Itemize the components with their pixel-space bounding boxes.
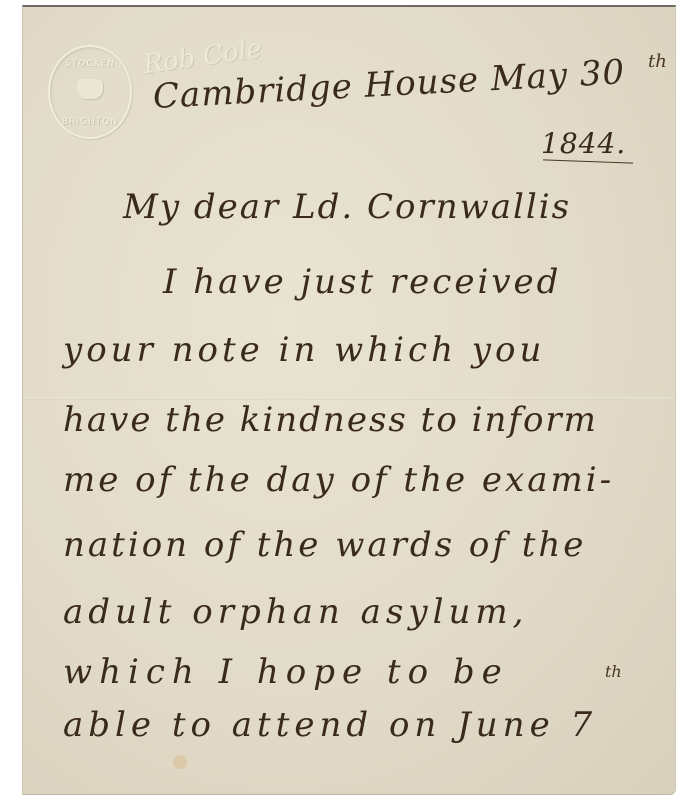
body-line-4: me of the day of the exami-	[63, 460, 614, 500]
body-line-3: have the kindness to inform	[63, 400, 598, 440]
letter-paper: STOCKEN BRIGHTON Rob Cole Cambridge Hous…	[22, 5, 676, 795]
body-line-1: I have just received	[163, 262, 561, 302]
body-line-8: able to attend on June 7	[63, 705, 597, 745]
crown-icon	[77, 79, 103, 99]
body-line-5: nation of the wards of the	[63, 525, 586, 565]
year-underline	[543, 159, 633, 163]
body-line-2: your note in which you	[63, 330, 545, 370]
body-line-6: adult orphan asylum,	[63, 592, 528, 632]
heading-year: 1844.	[541, 127, 626, 160]
seal-bottom-text: BRIGHTON	[50, 117, 130, 127]
paper-stain	[173, 755, 187, 769]
salutation: My dear Ld. Cornwallis	[123, 187, 571, 227]
seal-top-text: STOCKEN	[50, 59, 130, 69]
body-line-7: which I hope to be	[63, 652, 509, 692]
embossed-seal: STOCKEN BRIGHTON	[48, 45, 132, 139]
body-line-7-suffix: th	[605, 662, 622, 681]
heading-date-suffix: th	[648, 51, 667, 72]
